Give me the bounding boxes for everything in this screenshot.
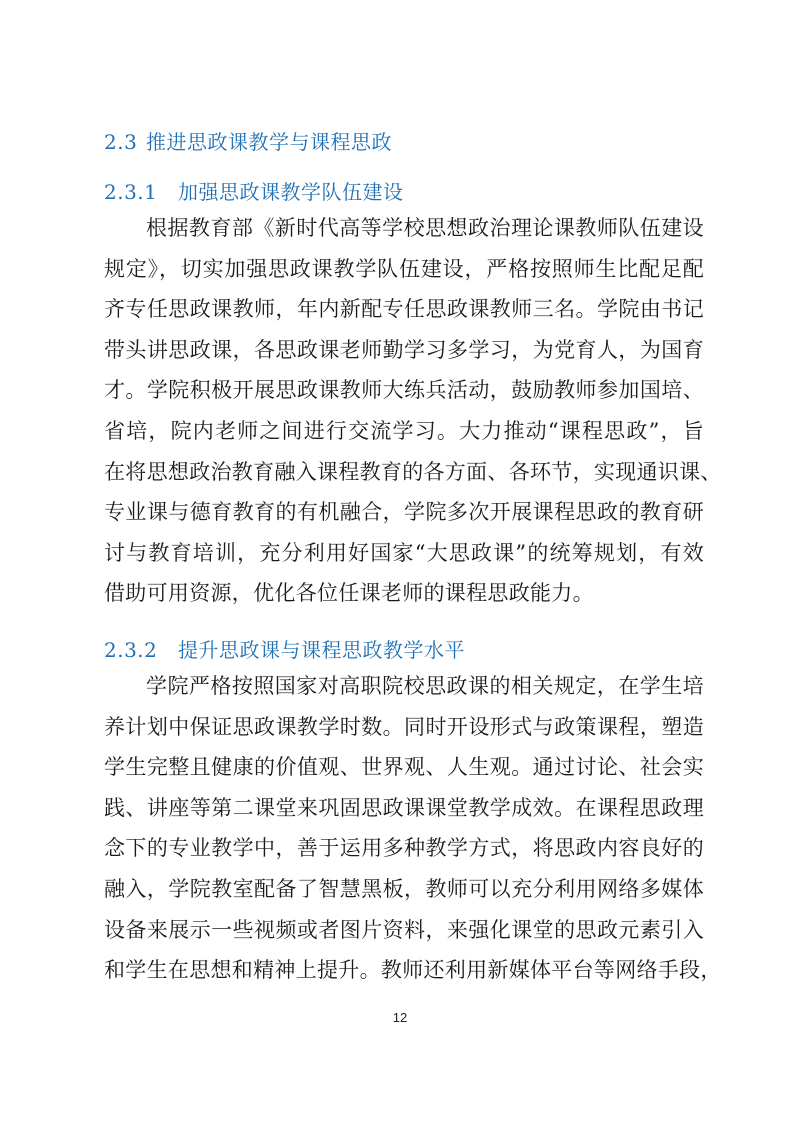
paragraph-1: 根据教育部《新时代高等学校思想政治理论课教师队伍建设 规定》，切实加强思政课教学… [104, 208, 704, 614]
text-line: 规定》，切实加强思政课教学队伍建设，严格按照师生比配足配 [104, 249, 704, 290]
text-line: 借助可用资源，优化各位任课老师的课程思政能力。 [104, 573, 704, 614]
subsection-heading-1: 2.3.1加强思政课教学队伍建设 [104, 176, 404, 205]
text-line: 才。学院积极开展思政课教师大练兵活动，鼓励教师参加国培、 [104, 370, 704, 411]
subsection-title: 加强思政课教学队伍建设 [178, 180, 404, 204]
text-line: 根据教育部《新时代高等学校思想政治理论课教师队伍建设 [104, 208, 704, 249]
subsection-number: 2.3.2 [104, 638, 178, 662]
paragraph-2: 学院严格按照国家对高职院校思政课的相关规定，在学生培 养计划中保证思政课教学时数… [104, 666, 704, 991]
text-line: 践、讲座等第二课堂来巩固思政课课堂教学成效。在课程思政理 [104, 788, 704, 829]
text-line: 念下的专业教学中，善于运用多种教学方式，将思政内容良好的 [104, 828, 704, 869]
text-line: 在将思想政治教育融入课程教育的各方面、各环节，实现通识课、 [104, 452, 704, 493]
text-line: 养计划中保证思政课教学时数。同时开设形式与政策课程，塑造 [104, 707, 704, 748]
text-line: 设备来展示一些视频或者图片资料，来强化课堂的思政元素引入 [104, 910, 704, 951]
text-line: 省培，院内老师之间进行交流学习。大力推动“课程思政”，旨 [104, 411, 704, 452]
text-line: 融入，学院教室配备了智慧黑板，教师可以充分利用网络多媒体 [104, 869, 704, 910]
text-line: 带头讲思政课，各思政课老师勤学习多学习，为党育人，为国育 [104, 330, 704, 371]
text-line: 专业课与德育教育的有机融合，学院多次开展课程思政的教育研 [104, 492, 704, 533]
text-line: 和学生在思想和精神上提升。教师还利用新媒体平台等网络手段， [104, 950, 704, 991]
section-number: 2.3 [104, 130, 146, 154]
subsection-title: 提升思政课与课程思政教学水平 [178, 638, 465, 662]
text-line: 学院严格按照国家对高职院校思政课的相关规定，在学生培 [104, 666, 704, 707]
page-number: 12 [0, 1010, 800, 1025]
subsection-number: 2.3.1 [104, 180, 178, 204]
subsection-heading-2: 2.3.2提升思政课与课程思政教学水平 [104, 634, 465, 663]
text-line: 齐专任思政课教师，年内新配专任思政课教师三名。学院由书记 [104, 289, 704, 330]
text-line: 学生完整且健康的价值观、世界观、人生观。通过讨论、社会实 [104, 747, 704, 788]
text-line: 讨与教育培训，充分利用好国家“大思政课”的统筹规划，有效 [104, 533, 704, 574]
section-title: 推进思政课教学与课程思政 [146, 130, 392, 154]
section-heading: 2.3推进思政课教学与课程思政 [104, 126, 392, 155]
